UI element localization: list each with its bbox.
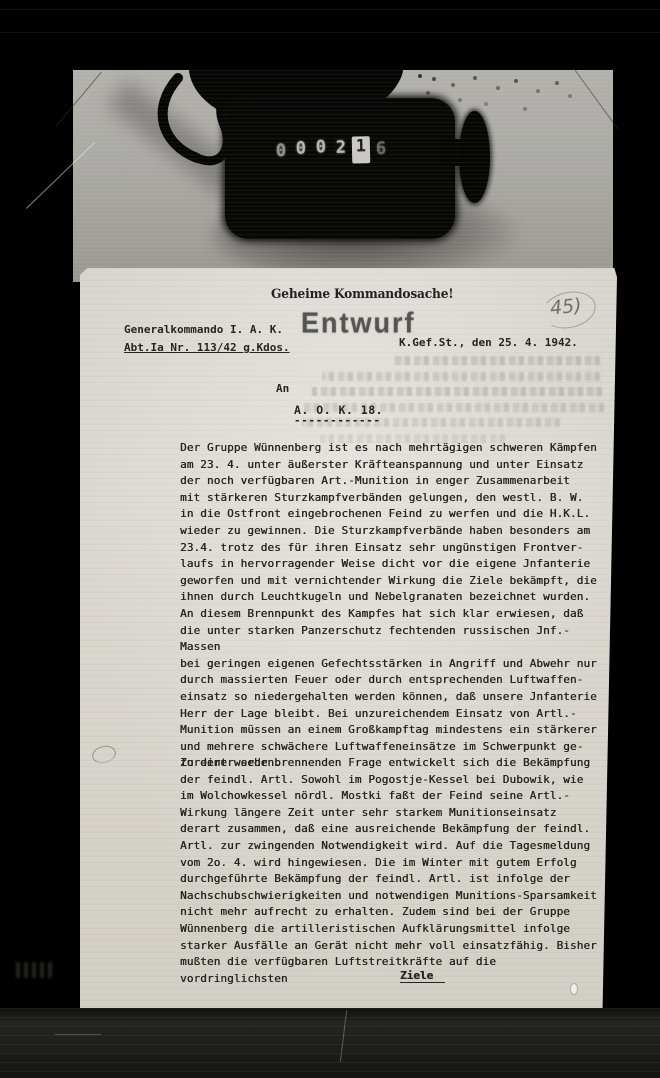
body-line: Nachschubschwierigkeiten und notwendigen… [180,888,608,905]
table-surface [0,1008,660,1078]
body-line: derart zusammen, daß eine ausreichende B… [180,821,608,838]
body-line: der noch verfügbaren Art.-Munition in en… [180,473,608,490]
sender-file-number: Abt.Ia Nr. 113/42 g.Kdos. [124,341,290,354]
microfilm-scan: 0 0 0 2 1 6 Geheime Kommandosache! 45) E… [0,0,660,1078]
counter-digit-window: 0 0 0 2 1 6 [272,136,391,165]
counter-strap-icon [73,70,613,282]
counter-digit: 2 [332,138,351,165]
paper-flaw [571,984,577,994]
classification-header: Geheime Kommandosache! [271,287,453,302]
draft-stamp: Entwurf [301,307,416,340]
body-line: mit stärkeren Sturzkampfverbänden gelung… [180,490,608,507]
pencil-mark [90,743,117,765]
body-line: in die Ostfront eingebrochenen Feind zu … [180,506,608,523]
document-page: Geheime Kommandosache! 45) Entwurf Gener… [80,268,617,1016]
body-line: am 23. 4. unter äußerster Kräfteanspannu… [180,457,608,474]
body-line: An diesem Brennpunkt des Kampfes hat sic… [180,606,608,623]
bleedthrough-line [312,387,602,396]
body-line: wieder zu gewinnen. Die Sturzkampfverbän… [180,523,608,540]
film-scratch [26,142,95,209]
margin-smudge [16,962,56,978]
photo-corner-line [56,72,102,126]
body-line: Wünnenberg die artilleristischen Aufklär… [180,921,608,938]
counter-digit: 6 [372,139,391,166]
strap-shadow [106,79,245,198]
counter-digit: 0 [292,138,311,165]
counter-digit: 0 [272,141,291,168]
body-line: geworfen und mit vernichtender Wirkung d… [180,573,608,590]
body-line: Artl. zur zwingenden Notwendigkeit wird.… [180,838,608,855]
sender-unit: Generalkommando I. A. K. [124,323,283,336]
film-streak [0,9,660,10]
body-line: im Wolchowkessel nördl. Mostki faßt der … [180,788,608,805]
photo-backing: 0 0 0 2 1 6 [73,70,613,282]
recipient-underline: ------------ [294,414,381,427]
body-line: Herr der Lage bleibt. Bei unzureichendem… [180,706,608,723]
photo-corner-line [573,68,618,130]
body-line: durch massierten Feuer oder durch entspr… [180,672,608,689]
bleedthrough-line [322,372,600,381]
salutation: An [276,382,289,395]
body-line: laufs in hervorragender Weise dicht vor … [180,556,608,573]
body-line: vom 2o. 4. wird hingewiesen. Die im Wint… [180,855,608,872]
film-scratch [340,1010,347,1062]
body-line: Der Gruppe Wünnenberg ist es nach mehrtä… [180,440,608,457]
body-line: mußten die verfügbaren Luftstreitkräfte … [180,954,608,987]
counter-axle [445,139,463,166]
body-line: die unter starken Panzerschutz fechtende… [180,623,608,656]
body-line: der feindl. Artl. Sowohl im Pogostje-Kes… [180,772,608,789]
body-line: bei geringen eigenen Gefechtsstärken in … [180,656,608,673]
body-line: starker Ausfälle an Gerät nicht mehr vol… [180,938,608,955]
body-line: durchgeführte Bekämpfung der feindl. Art… [180,871,608,888]
body-line: Zu einer sehr brennenden Frage entwickel… [180,755,608,772]
handwritten-page-number: 45) [549,294,583,319]
dust-speckles [418,74,422,78]
body-line: Wirkung längere Zeit unter sehr starkem … [180,805,608,822]
body-line: Munition müssen an einem Großkampftag mi… [180,722,608,739]
bleedthrough-line [392,356,600,365]
body-line: und mehrere schwächere Luftwaffeneinsätz… [180,739,608,756]
paragraph-1: Der Gruppe Wünnenberg ist es nach mehrtä… [180,440,608,772]
body-line: 23.4. trotz des für ihren Einsatz sehr u… [180,540,608,557]
body-line: einsatz so niedergehalten werden können,… [180,689,608,706]
counter-digit: 1 [352,136,371,163]
film-streak [0,32,660,33]
counter-knob [459,111,490,203]
catchword: Ziele [400,969,445,983]
film-scratch [55,1034,101,1035]
body-line: ihnen durch Leuchtkugeln und Nebelgranat… [180,589,608,606]
tally-counter: 0 0 0 2 1 6 [225,98,455,239]
body-line: nicht mehr aufrecht zu erhalten. Zudem s… [180,904,608,921]
counter-digit: 0 [312,137,331,164]
paragraph-2: Zu einer sehr brennenden Frage entwickel… [180,755,608,987]
place-date: K.Gef.St., den 25. 4. 1942. [399,336,578,349]
